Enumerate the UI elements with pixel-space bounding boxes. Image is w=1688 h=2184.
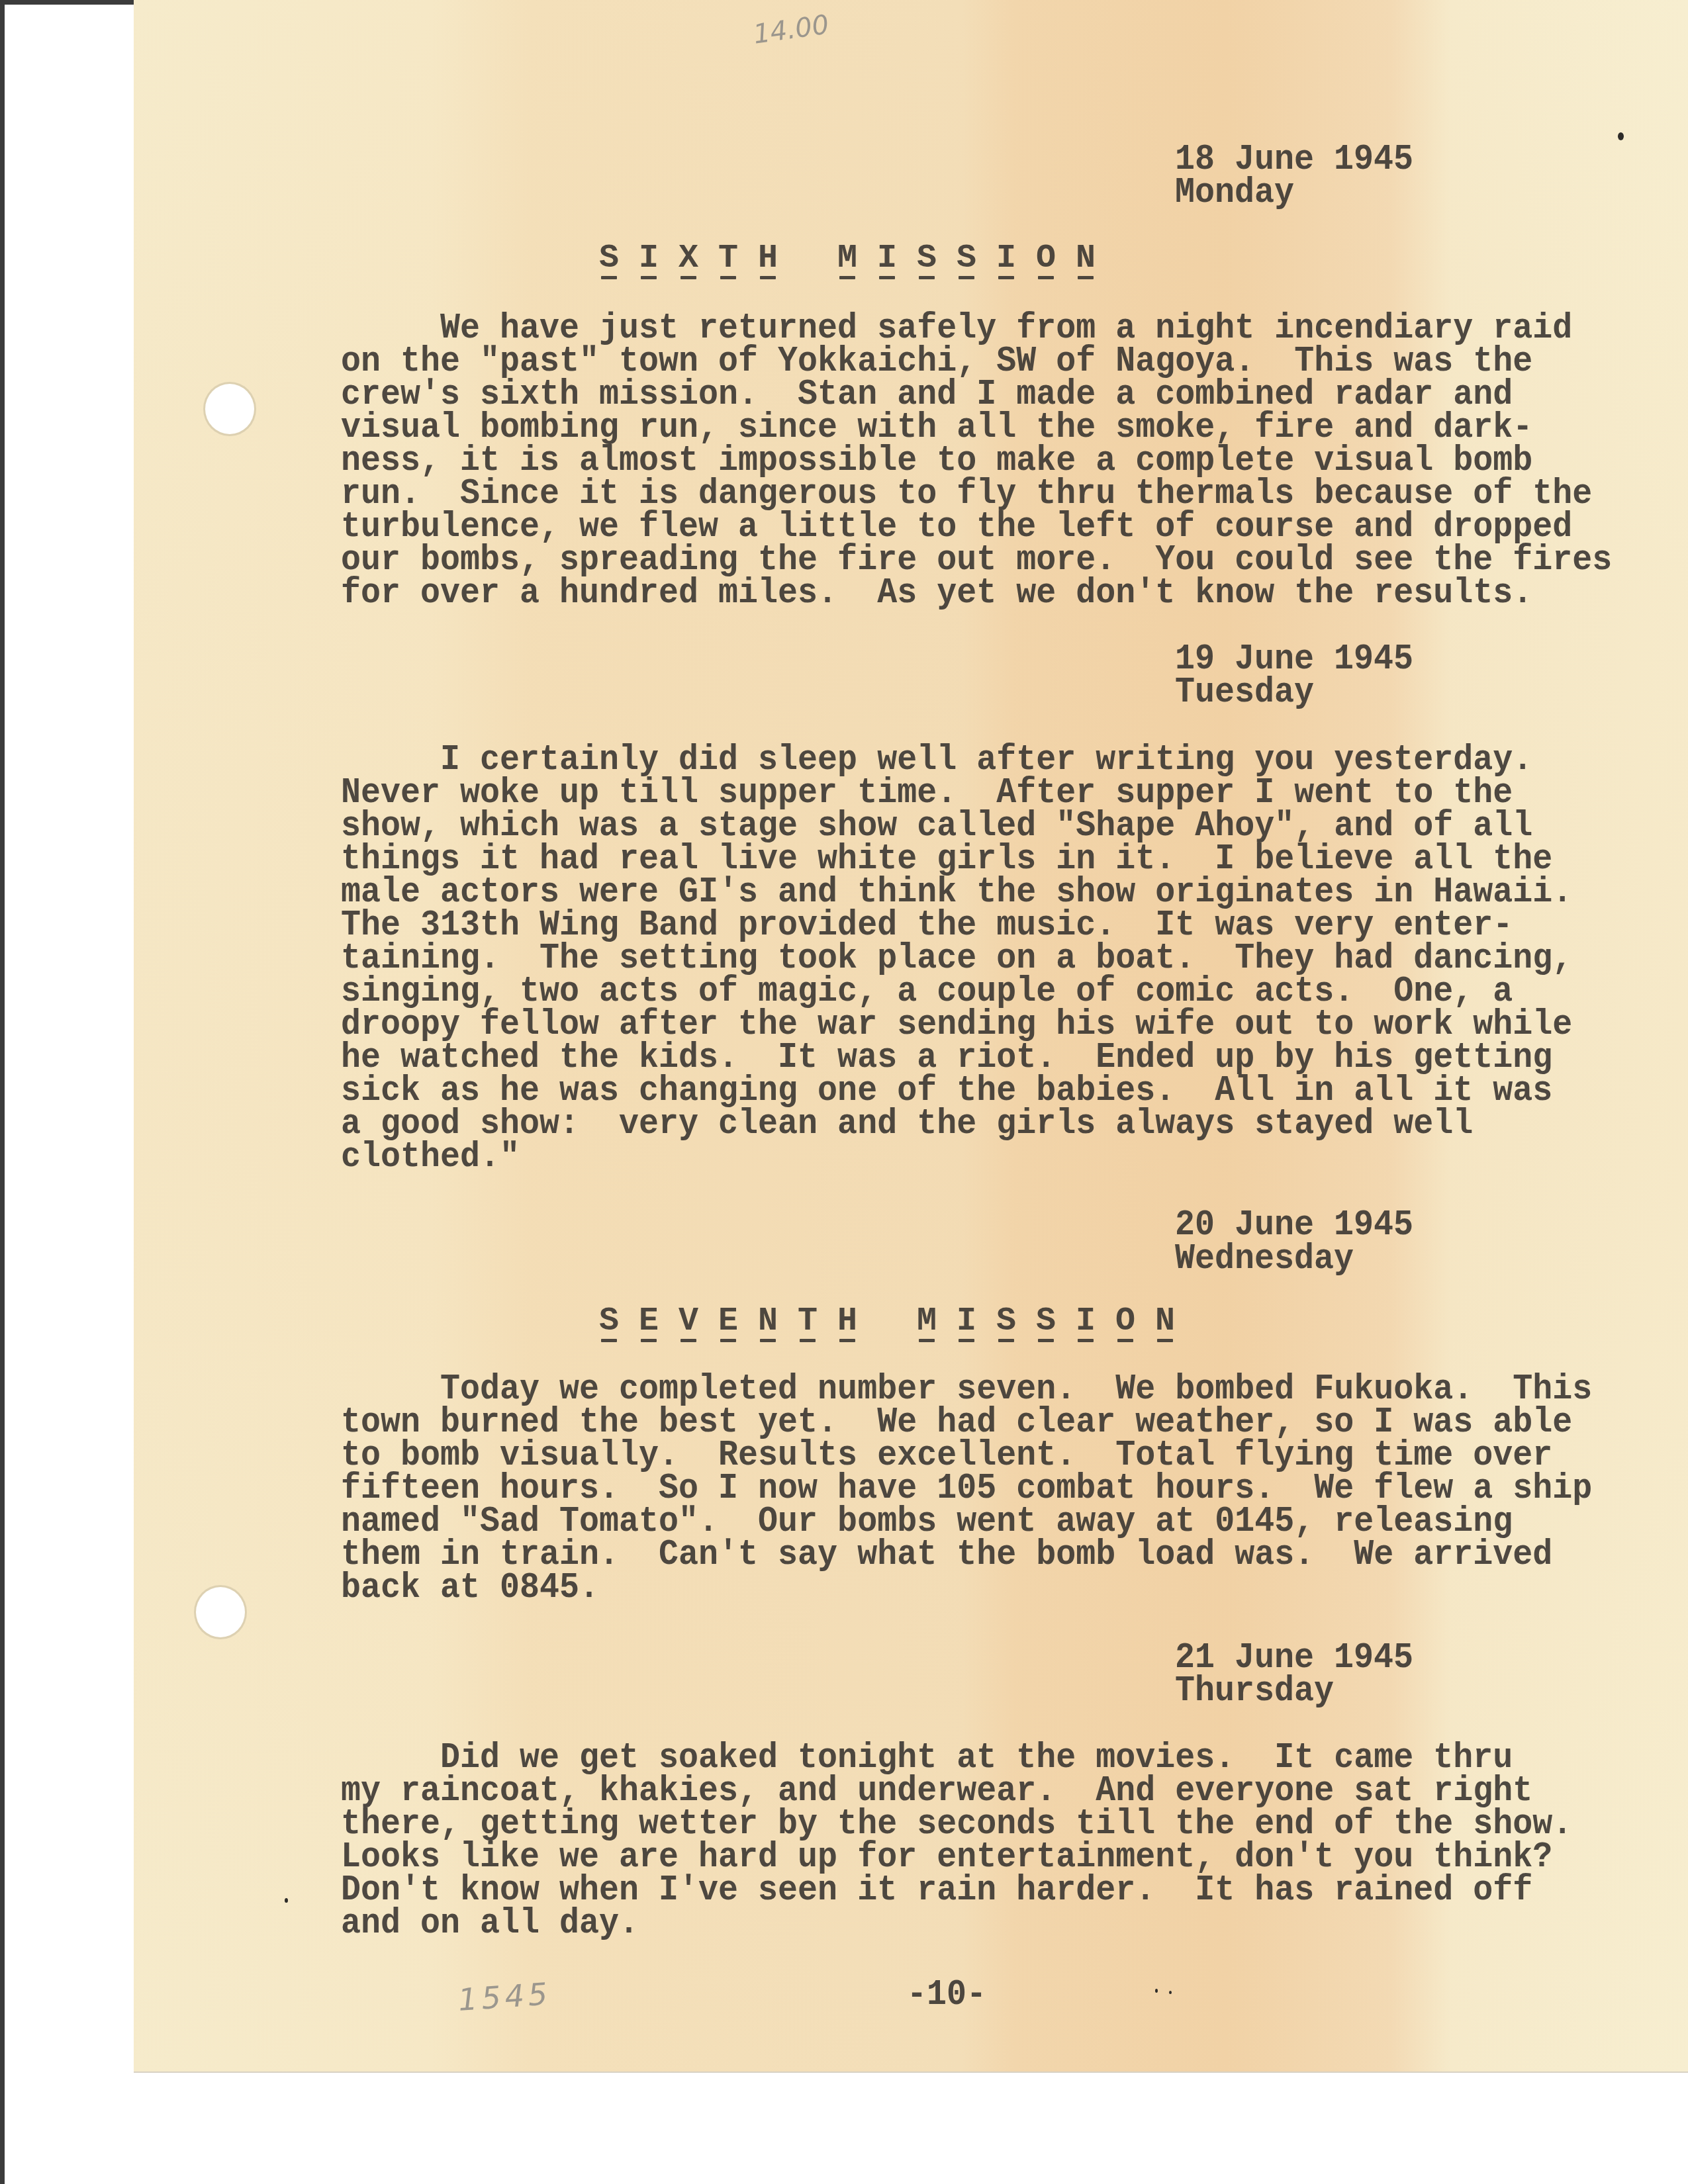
pencil-note-bottom: 1545 (457, 1976, 553, 2018)
punch-hole-top (205, 384, 254, 434)
ink-speck (1618, 132, 1624, 140)
body-line: clothed." (341, 1140, 520, 1175)
entry-weekday: Monday (1175, 175, 1294, 211)
body-line: back at 0845. (341, 1570, 599, 1606)
ink-speck (1155, 1989, 1158, 1993)
punch-hole-bottom (196, 1587, 245, 1637)
ink-speck (1169, 1991, 1172, 1994)
body-line: for over a hundred miles. As yet we don'… (341, 576, 1532, 612)
entry-weekday: Tuesday (1175, 675, 1314, 711)
ink-speck (285, 1898, 288, 1903)
section-heading-seventh-mission: S E V E N T H M I S S I O N (599, 1305, 1175, 1338)
scanner-edge-left (0, 0, 5, 2184)
section-heading-sixth-mission: S I X T H M I S S I O N (599, 242, 1096, 275)
page-number: -10- (907, 1978, 986, 2013)
entry-weekday: Thursday (1175, 1674, 1334, 1709)
entry-weekday: Wednesday (1175, 1242, 1354, 1277)
body-line: and on all day. (341, 1906, 639, 1942)
